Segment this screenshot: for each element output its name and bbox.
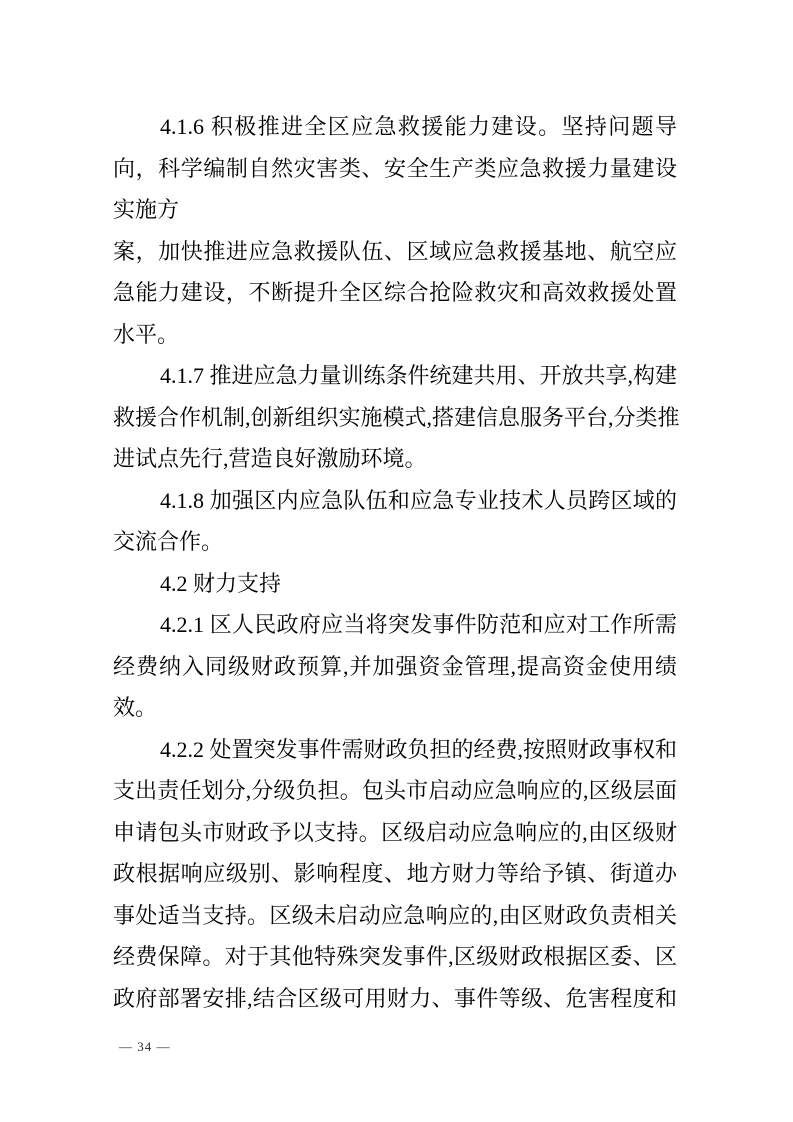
document-line: 4.2.1 区人民政府应当将突发事件防范和应对工作所需	[113, 604, 677, 646]
document-line: 申请包头市财政予以支持。区级启动应急响应的,由区级财	[113, 812, 677, 854]
document-line: 急能力建设，不断提升全区综合抢险救灾和高效救援处置	[113, 272, 677, 314]
document-line: 4.1.8 加强区内应急队伍和应急专业技术人员跨区域的	[113, 480, 677, 522]
document-line: 政府部署安排,结合区级可用财力、事件等级、危害程度和	[113, 978, 677, 1020]
document-line: 4.2 财力支持	[113, 563, 677, 605]
document-line: 水平。	[113, 314, 677, 356]
document-line: 效。	[113, 687, 677, 729]
document-line: 政根据响应级别、影响程度、地方财力等给予镇、街道办	[113, 853, 677, 895]
document-line: 事处适当支持。区级未启动应急响应的,由区财政负责相关	[113, 895, 677, 937]
document-line: 救援合作机制,创新组织实施模式,搭建信息服务平台,分类推	[113, 397, 677, 439]
document-line: 经费保障。对于其他特殊突发事件,区级财政根据区委、区	[113, 936, 677, 978]
document-line: 支出责任划分,分级负担。包头市启动应急响应的,区级层面	[113, 770, 677, 812]
document-line: 实施方	[113, 189, 677, 231]
document-line: 进试点先行,营造良好激励环境。	[113, 438, 677, 480]
document-line: 4.2.2 处置突发事件需财政负担的经费,按照财政事权和	[113, 729, 677, 771]
document-line: 案，加快推进应急救援队伍、区域应急救援基地、航空应	[113, 231, 677, 273]
page-number: — 34 —	[119, 1039, 171, 1055]
document-line: 4.1.7 推进应急力量训练条件统建共用、开放共享,构建	[113, 355, 677, 397]
document-line: 交流合作。	[113, 521, 677, 563]
document-line: 4.1.6 积极推进全区应急救援能力建设。坚持问题导	[113, 106, 677, 148]
document-line: 经费纳入同级财政预算,并加强资金管理,提高资金使用绩	[113, 646, 677, 688]
document-body: 4.1.6 积极推进全区应急救援能力建设。坚持问题导向，科学编制自然灾害类、安全…	[113, 106, 677, 1019]
document-page: 4.1.6 积极推进全区应急救援能力建设。坚持问题导向，科学编制自然灾害类、安全…	[0, 0, 793, 1122]
document-line: 向，科学编制自然灾害类、安全生产类应急救援力量建设	[113, 148, 677, 190]
